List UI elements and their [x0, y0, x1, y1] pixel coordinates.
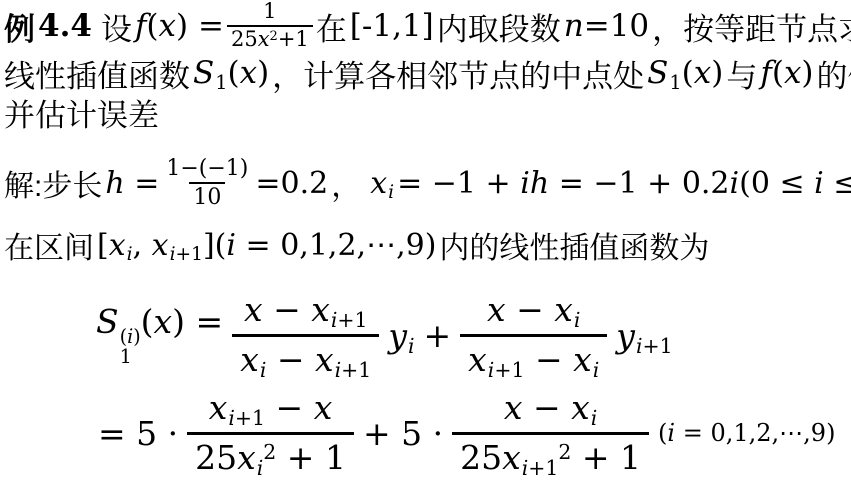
subscript-1: 1 — [120, 347, 132, 368]
fraction-denominator: 10 — [189, 182, 225, 210]
fraction-numerator: x − xi — [479, 289, 588, 334]
superscript-i: (i) — [120, 327, 141, 348]
math-xi: xi — [370, 166, 394, 201]
solution-label: 解:步长 — [4, 161, 102, 205]
math-fx-equals: f(x) = — [135, 8, 224, 44]
fraction-numerator: 1−(−1) — [162, 156, 252, 182]
fraction-term-1: xi+1 − x 25xi2 + 1 — [187, 387, 354, 480]
cn-text: 与 — [726, 51, 757, 96]
inline-fraction-step: 1−(−1) 10 — [162, 156, 252, 211]
solution-line2: 在区间 [xi, xi+1](i = 0,1,2,⋯,9) 内的线性插值函数为 — [4, 222, 709, 268]
fraction-numerator: x − xi — [496, 387, 605, 432]
lecture-slide: 例 4.4 设 f(x) = 1 25x2+1 在 [-1,1] 内取段数 n=… — [0, 0, 851, 483]
fraction-denominator: 25x2+1 — [227, 25, 313, 52]
problem-statement-line1: 例 4.4 设 f(x) = 1 25x2+1 在 [-1,1] 内取段数 n=… — [4, 0, 851, 52]
equals-5-dot: = 5 · — [98, 414, 178, 453]
cn-text: 在 — [316, 4, 347, 49]
den-text: 25x — [231, 27, 270, 51]
example-label-cn: 例 — [4, 4, 35, 49]
den-text: +1 — [278, 27, 309, 51]
superscript-subscript-stack: (i)1 — [120, 327, 141, 368]
fraction-term-2: x − xi 25xi+12 + 1 — [452, 387, 649, 480]
plus-operator: + — [424, 316, 452, 355]
problem-statement-line3: 并估计误差 — [4, 90, 159, 134]
example-label-number: 4.4 — [38, 8, 92, 44]
index-range-annotation: (i = 0,1,2,⋯,9) — [658, 419, 835, 447]
math-node-formula: = −1 + ih = −1 + 0.2i(0 ≤ i ≤ 10) — [397, 166, 851, 201]
fraction-denominator: xi+1 − xi — [460, 334, 607, 382]
solution-line1: 解:步长 h = 1−(−1) 10 =0.2 ， xi = −1 + ih =… — [4, 150, 851, 216]
inline-fraction-1-over-25x2plus1: 1 25x2+1 — [227, 0, 313, 51]
problem-statement-line2: 线性插值函数 S1(x) ，计算各相邻节点的中点处 S1(x) 与 f(x) 的… — [4, 51, 851, 95]
S1i-symbol: S(i)1(x) = — [96, 302, 223, 368]
fraction-denominator: xi − xi+1 — [232, 334, 379, 382]
fraction-denominator: 25xi2 + 1 — [187, 432, 354, 480]
math-n-equals-10: n=10 — [564, 8, 649, 44]
math-yi1: yi+1 — [616, 316, 672, 355]
cn-text: ，按等距节点求分段 — [652, 4, 851, 49]
math-S1x: S1(x) — [647, 55, 723, 91]
cn-text: 内的线性插值函数为 — [439, 223, 709, 267]
math-h-equals: h = — [105, 166, 159, 201]
den-exponent: 2 — [270, 29, 278, 44]
math-S1x: S1(x) — [193, 55, 269, 91]
cn-text: 设 — [101, 4, 132, 49]
cn-text: 的值， — [817, 51, 851, 96]
fraction-numerator: xi+1 − x — [201, 387, 341, 432]
math-interval-xi-xi1: [xi, xi+1](i = 0,1,2,⋯,9) — [97, 228, 436, 263]
math-equals-0point2: =0.2 — [255, 166, 328, 201]
cn-text: ，计算各相邻节点的中点处 — [272, 51, 644, 96]
cn-text: 在区间 — [4, 223, 94, 267]
math-yi: yi — [388, 316, 414, 355]
fraction-basis-2: x − xi xi+1 − xi — [460, 289, 607, 382]
cn-comma: ， — [331, 161, 361, 205]
fraction-denominator: 25xi+12 + 1 — [452, 432, 649, 480]
cn-text: 并估计误差 — [4, 90, 159, 135]
math-interval: [-1,1] — [350, 8, 434, 44]
formula-S1i-evaluated: = 5 · xi+1 − x 25xi2 + 1 + 5 · x − xi 25… — [98, 384, 835, 482]
fraction-numerator: x − xi+1 — [236, 289, 376, 334]
fraction-numerator: 1 — [259, 0, 280, 25]
math-fx: f(x) — [760, 55, 813, 91]
formula-S1i-definition: S(i)1(x) = x − xi+1 xi − xi+1 yi + x − x… — [96, 288, 673, 382]
fraction-basis-1: x − xi+1 xi − xi+1 — [232, 289, 379, 382]
argument: (x) = — [141, 302, 224, 341]
plus-5-dot: + 5 · — [363, 414, 443, 453]
cn-text: 内取段数 — [437, 4, 561, 49]
